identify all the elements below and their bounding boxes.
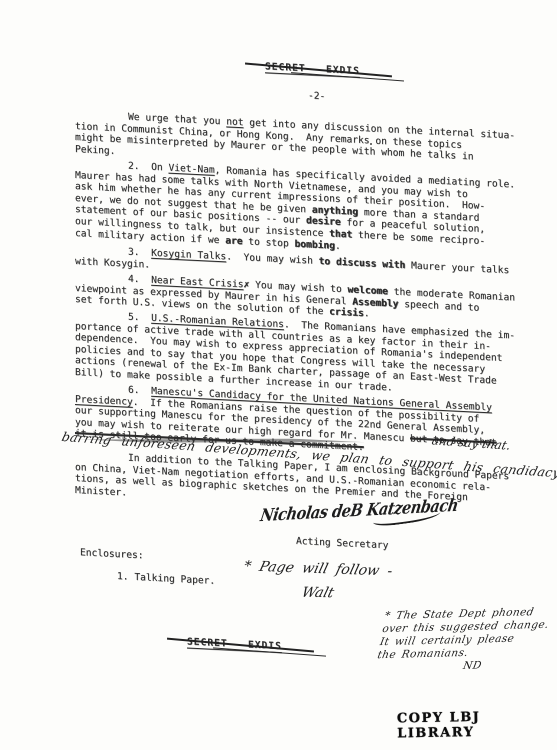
copy-stamp: COPY LBJ LIBRARY: [397, 709, 557, 742]
scan-speck: [370, 143, 372, 145]
typed-document: SECRET EXDIS -2- We urge that you not ge…: [75, 54, 537, 677]
margin-note-line: ND: [462, 658, 543, 673]
handwritten-margin-note: * The State Dept phonedover this suggest…: [374, 606, 552, 676]
enclosure-item: 1. Talking Paper.: [117, 571, 215, 587]
acting-secretary-label: Acting Secretary: [296, 536, 388, 552]
classification-header-text: SECRET EXDIS: [265, 61, 360, 77]
classification-header: SECRET EXDIS: [265, 61, 360, 77]
handwritten-follow-note-initials: Walt: [300, 585, 336, 601]
enclosures-label: Enclosures:: [80, 547, 144, 562]
classification-footer-text: SECRET EXDIS: [187, 636, 282, 652]
page-number: -2-: [308, 90, 325, 102]
classification-footer: SECRET EXDIS: [187, 636, 282, 652]
memo-page: SECRET EXDIS -2- We urge that you not ge…: [0, 0, 557, 750]
